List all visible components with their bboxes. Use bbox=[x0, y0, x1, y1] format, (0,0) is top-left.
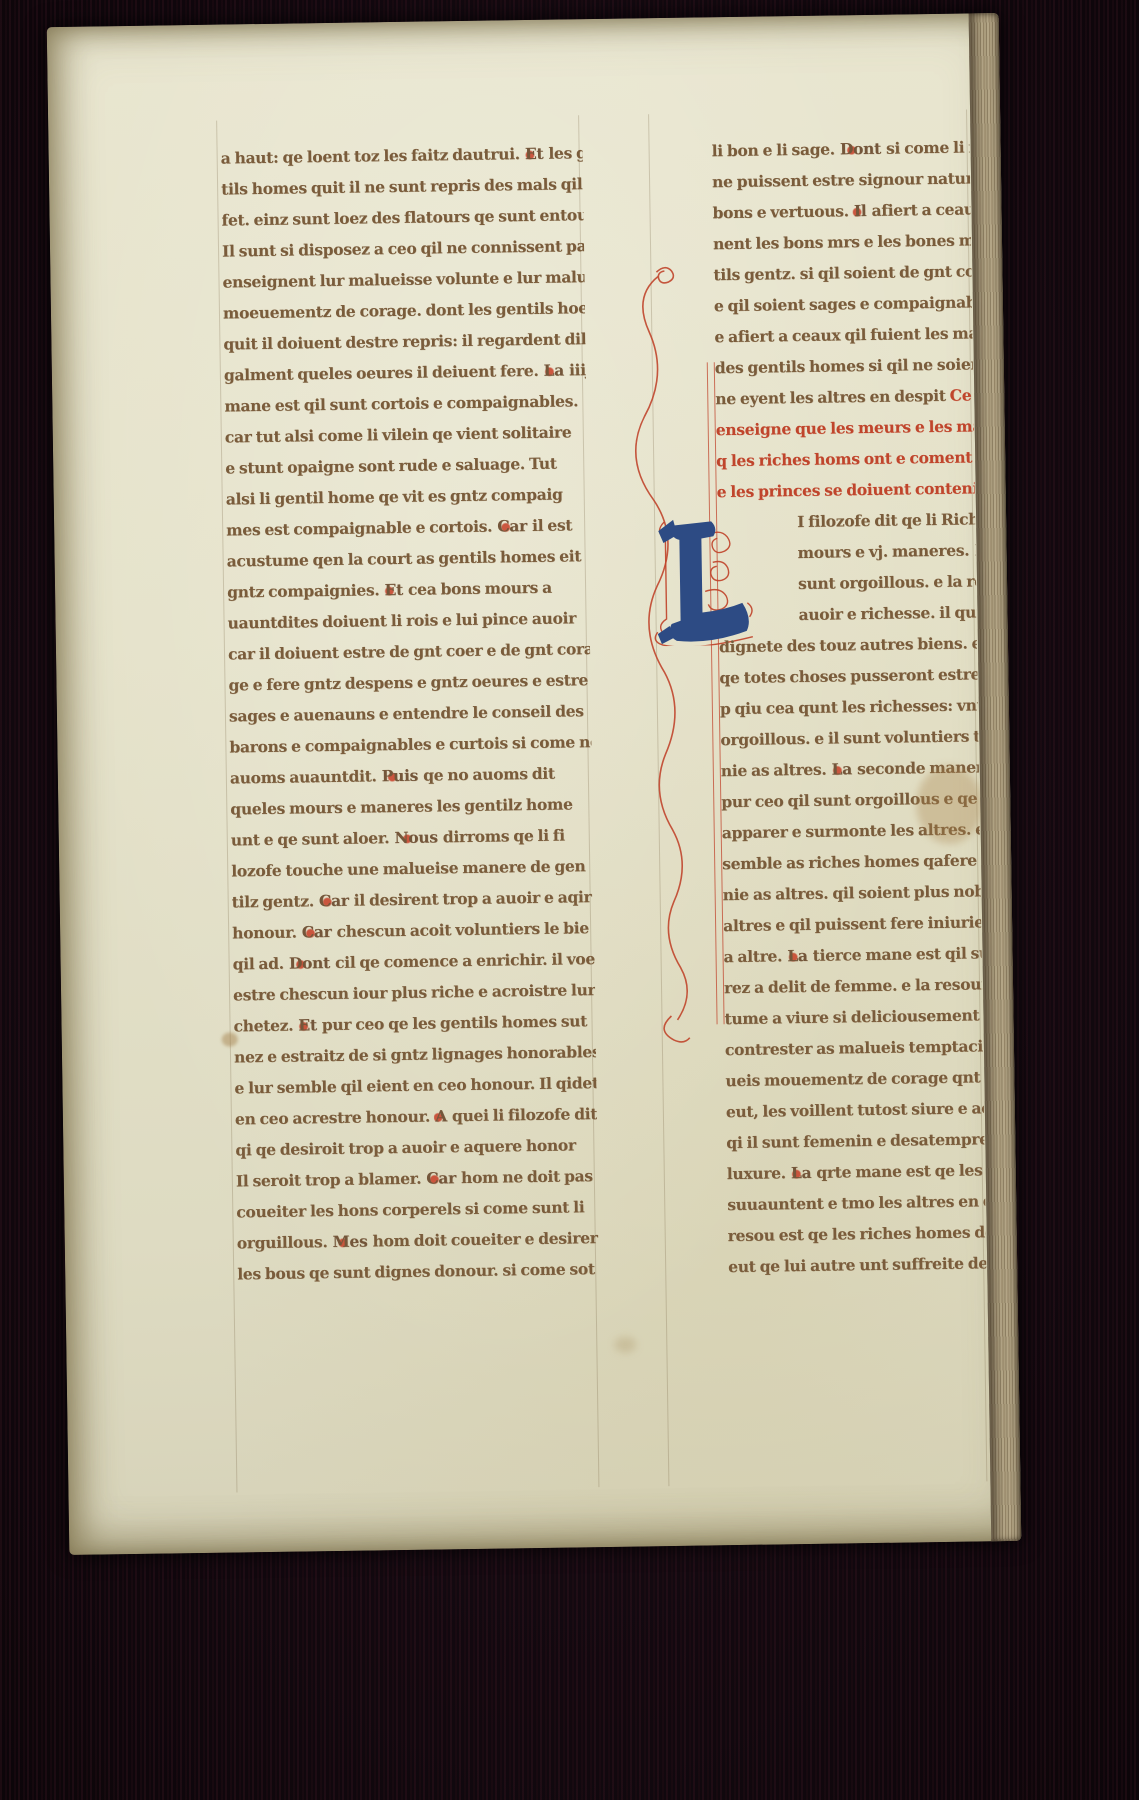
text-line: dignete des touz autres biens. e il qden bbox=[719, 627, 977, 662]
body-text: mane est qil sunt cortois e compaignable… bbox=[224, 391, 578, 415]
body-text: qi il sunt femenin e desatempre en delit bbox=[726, 1128, 986, 1152]
photograph-of-manuscript: { "palette": { "background": "#130910", … bbox=[0, 0, 1139, 1800]
text-line: suuauntent e tmo les altres en despit. e… bbox=[727, 1185, 985, 1220]
body-text: Mes bbox=[331, 1232, 368, 1252]
body-text: pur ceo qe les gentils homes sut bbox=[318, 1011, 588, 1034]
body-text: Et bbox=[524, 144, 545, 163]
body-text: estre chescun iour plus riche e acroistr… bbox=[233, 980, 599, 1005]
body-text: mes est compaignable e cortois. bbox=[226, 517, 496, 540]
body-text: sages e auenauns e entendre le conseil d… bbox=[229, 701, 584, 725]
body-text: nent les bons mrs e les bones maneres de… bbox=[713, 229, 987, 254]
body-text: I filozofe dit qe li Riche home ad vi bbox=[797, 508, 986, 531]
body-text: car tut alsi come li vilein qe vient sol… bbox=[225, 422, 572, 446]
body-text: tume a viure si deliciousement qil ne po… bbox=[724, 1004, 986, 1028]
body-text: suuauntent e tmo les altres en despit. e… bbox=[727, 1190, 986, 1214]
body-text: ne eyent les altres en despit bbox=[715, 386, 950, 408]
body-text: quei li filozofe dit bbox=[448, 1104, 598, 1125]
rubric-text: enseigne que les meurs e les maneres bbox=[716, 416, 987, 440]
body-text: orgoillous. e il sunt voluntiers tort e … bbox=[720, 725, 986, 749]
body-text: rez a delit de femme. e la resoun est qi… bbox=[724, 973, 986, 998]
body-text: a haut: qe loent toz les faitz dautrui. bbox=[221, 144, 525, 167]
body-text: qi qe desiroit trop a auoir e aquere hon… bbox=[235, 1135, 576, 1159]
body-text: eut qe lui autre unt suffreite de lur bi… bbox=[728, 1252, 986, 1276]
body-text: La bbox=[786, 946, 809, 965]
text-line: altres e qil puissent fere iniurie e vil… bbox=[723, 906, 981, 941]
body-text: tierce mane est qil sunt desatem bbox=[808, 942, 986, 965]
rubric-text: e les princes se doiuent contenir bbox=[717, 478, 986, 501]
body-text: ne puissent estre signour naturel sil ne… bbox=[712, 167, 986, 191]
body-text: fet. einz sunt loez des flatours qe sunt… bbox=[221, 205, 599, 230]
body-text: Puis bbox=[381, 766, 420, 786]
body-text: sunt orgoillous. e la resou est qe al qa… bbox=[798, 569, 986, 593]
text-line: orgoillous. e il sunt voluntiers tort e … bbox=[720, 720, 978, 755]
text-line: eut, les voillent tutost siure e acompli… bbox=[726, 1092, 984, 1127]
body-text: coueiter les hons corperels si come sunt… bbox=[236, 1197, 584, 1221]
text-line: li bon e li sage. Dont si come li roy e … bbox=[711, 131, 969, 166]
body-text: en ceo acrestre honour. bbox=[235, 1107, 434, 1129]
body-text: barons e compaignables e curtois si come… bbox=[229, 732, 599, 756]
body-text: mours e vj. maneres. bbox=[797, 540, 973, 562]
body-text: moeuementz de corage. dont les gentils h… bbox=[223, 298, 597, 323]
body-text: nie as altres. bbox=[721, 760, 831, 781]
body-text: Car bbox=[496, 516, 528, 535]
text-line: tume a viure si deliciousement qil ne po… bbox=[724, 999, 982, 1034]
body-text: Dont bbox=[288, 953, 331, 973]
body-text: enseignent lur malueisse volunte e lur m… bbox=[222, 267, 599, 292]
body-text: il est bbox=[528, 515, 572, 535]
parchment-spot bbox=[614, 1337, 636, 1353]
body-text: Dont bbox=[839, 139, 882, 159]
text-line: rez a delit de femme. e la resoun est qi… bbox=[724, 968, 982, 1003]
body-text: auoir e richesse. il quident aui le pris… bbox=[798, 600, 986, 624]
text-line: resou est qe les riches homes de ceo qil… bbox=[727, 1216, 985, 1251]
text-line: e qil soient sages e compaignables e cur… bbox=[714, 286, 972, 321]
body-text: il desirent trop a auoir e aqir bbox=[349, 887, 591, 910]
body-text: semble as riches homes qafere tort e vil bbox=[722, 849, 986, 873]
body-text: nie as altres. qil soient plus nobles de bbox=[723, 881, 987, 905]
body-text: e qil soient sages e compaignables e cur… bbox=[714, 291, 987, 315]
body-text: les bous qe sunt dignes donour. si come … bbox=[237, 1259, 595, 1283]
text-line: e les princes se doiuent contenir bbox=[716, 472, 974, 507]
body-text: La bbox=[790, 1163, 813, 1182]
text-line: contrester as malueis temptacions na m bbox=[725, 1030, 983, 1065]
body-text: galment queles oeures il deiuent fere. bbox=[224, 361, 543, 385]
text-line: mours e vj. maneres. La pmere est q bbox=[717, 534, 975, 569]
body-text: ueis mouementz de corage qnt il lur vie bbox=[725, 1066, 986, 1090]
text-line: ueis mouementz de corage qnt il lur vie bbox=[725, 1061, 983, 1096]
body-text: chescun acoit voluntiers le bie bbox=[332, 918, 589, 941]
body-text: hom ne doit pas bbox=[457, 1166, 593, 1187]
body-text: queles mours e maneres les gentilz home bbox=[230, 794, 573, 818]
text-line: enseigne que les meurs e les maneres bbox=[716, 410, 974, 445]
body-text: honour. bbox=[232, 922, 301, 942]
body-text: Il bbox=[853, 201, 868, 220]
text-line: qi il sunt femenin e desatempre en delit bbox=[726, 1123, 984, 1158]
text-line: a altre. La tierce mane est qil sunt des… bbox=[723, 937, 981, 972]
body-text: luxure. bbox=[727, 1163, 790, 1183]
text-line: eut qe lui autre unt suffreite de lur bi… bbox=[728, 1247, 986, 1282]
body-text: quit il doiuent destre repris: il regard… bbox=[223, 329, 592, 353]
body-text: e afiert a ceaux qil fuient les malueis … bbox=[714, 322, 986, 346]
text-line: e afiert a ceaux qil fuient les malueis … bbox=[714, 317, 972, 352]
text-line: auoir e richesse. il quident aui le pris… bbox=[718, 596, 976, 631]
manuscript-leaf: a haut: qe loent toz les faitz dautrui. … bbox=[47, 13, 1022, 1555]
body-text: li bon e li sage. bbox=[711, 139, 839, 160]
body-text: Car bbox=[301, 922, 333, 941]
text-line: ne eyent les altres en despit Ce vij cha… bbox=[715, 379, 973, 414]
body-text: A bbox=[434, 1106, 448, 1125]
body-text: cil qe comence a enrichir. il voet bbox=[331, 949, 600, 972]
body-text: tilz gentz. bbox=[232, 891, 319, 911]
body-text: Il seroit trop a blamer. bbox=[236, 1169, 426, 1191]
body-text: Car bbox=[318, 891, 350, 910]
body-text: auoms auauntdit. bbox=[230, 766, 381, 787]
text-line: sunt orgoillous. e la resou est qe al qa… bbox=[718, 565, 976, 600]
body-text: qe totes choses pusseront estre prisez p… bbox=[719, 662, 986, 687]
body-text: tils homes quit il ne sunt repris des ma… bbox=[221, 174, 599, 199]
body-text: gntz compaignies. bbox=[227, 580, 384, 601]
body-text: resou est qe les riches homes de ceo qil… bbox=[728, 1221, 987, 1245]
body-text: unt e qe sunt aloer. bbox=[231, 828, 394, 849]
text-line: des gentils homes si qil ne soient orgoi… bbox=[715, 348, 973, 383]
body-text: uauntdites doiuent li rois e lui pince a… bbox=[227, 608, 576, 632]
body-text: e lur semble qil eient en ceo honour. Il… bbox=[234, 1073, 599, 1097]
text-line: ne puissent estre signour naturel sil ne… bbox=[712, 162, 970, 197]
body-text: acustume qen la court as gentils homes e… bbox=[227, 546, 582, 570]
body-text: Nous bbox=[393, 827, 439, 847]
body-text: Il sunt si disposez a ceo qil ne conniss… bbox=[222, 235, 600, 260]
text-line: luxure. La qrte mane est qe les riches h bbox=[727, 1154, 985, 1189]
text-line: semble as riches homes qafere tort e vil bbox=[722, 844, 980, 879]
body-text: contrester as malueis temptacions na m bbox=[725, 1035, 987, 1059]
text-line: les bous qe sunt dignes donour. si come … bbox=[237, 1253, 599, 1289]
body-text: Car bbox=[425, 1168, 457, 1187]
text-line: p qiu cea qunt les richesses: vnt les co… bbox=[720, 689, 978, 724]
red-pen-flourish bbox=[616, 250, 692, 1051]
body-text: altres e qil puissent fere iniurie e vil… bbox=[723, 911, 986, 935]
text-line: I filozofe dit qe li Riche home ad vi bbox=[717, 503, 975, 538]
text-line: qe totes choses pusseront estre prisez p… bbox=[719, 658, 977, 693]
text-line: nie as altres. qil soient plus nobles de bbox=[722, 875, 980, 910]
body-text: nez e estraitz de si gntz lignages honor… bbox=[234, 1042, 600, 1066]
body-text: La bbox=[542, 360, 565, 379]
body-text: cea bons mours a bbox=[404, 578, 552, 599]
rubric-text: q les riches homs ont e coment les rois bbox=[716, 447, 986, 471]
body-text: tils gentz. si qil soient de gnt coer e … bbox=[713, 259, 986, 284]
body-text: ge e fere gntz despens e gntz oeures e e… bbox=[228, 670, 588, 694]
body-text: qrte mane est qe les riches h bbox=[812, 1159, 986, 1182]
body-text: Et bbox=[383, 580, 404, 599]
text-column-left: a haut: qe loent toz les faitz dautrui. … bbox=[220, 137, 599, 1289]
body-text: orguillous. bbox=[237, 1232, 332, 1252]
body-text: bons e vertuous. bbox=[712, 201, 853, 222]
body-text: les gen bbox=[544, 143, 599, 163]
body-text: des gentils homes si qil ne soient orgoi… bbox=[715, 353, 987, 377]
body-text: p qiu cea qunt les richesses: vnt les co… bbox=[720, 694, 987, 718]
body-text: La bbox=[830, 759, 853, 778]
text-line: tils gentz. si qil soient de gnt coer e … bbox=[713, 255, 971, 290]
body-text: e stunt opaigne sont rude e saluage. Tut bbox=[225, 454, 557, 478]
body-text: iiij. bbox=[565, 360, 597, 379]
body-text: qe no auoms dit bbox=[419, 764, 555, 785]
text-line: bons e vertuous. Il afiert a ceaus qil e… bbox=[712, 193, 970, 228]
text-column-right: li bon e li sage. Dont si come li roy e … bbox=[711, 131, 986, 1282]
text-line: q les riches homs ont e coment les rois bbox=[716, 441, 974, 476]
body-text: car il doiuent estre de gnt coer e de gn… bbox=[228, 639, 594, 663]
body-text: afiert a ceaus qil enseig bbox=[867, 198, 986, 220]
body-text: alsi li gentil home qe vit es gntz compa… bbox=[226, 485, 563, 509]
body-text: dignete des touz autres biens. e il qden bbox=[719, 632, 987, 656]
text-line: nent les bons mrs e les bones maneres de… bbox=[713, 224, 971, 259]
body-text: lozofe touche une malueise manere de gen bbox=[231, 856, 585, 880]
body-text: hom doit coueiter e desirer bbox=[368, 1228, 597, 1250]
body-text: a altre. bbox=[723, 946, 786, 966]
body-text: eut, les voillent tutost siure e acompli… bbox=[726, 1097, 987, 1121]
body-text: dirroms qe li fi bbox=[439, 826, 565, 847]
body-text: Et bbox=[297, 1015, 318, 1034]
body-text: qil ad. bbox=[232, 954, 288, 974]
body-text: chetez. bbox=[233, 1016, 297, 1036]
